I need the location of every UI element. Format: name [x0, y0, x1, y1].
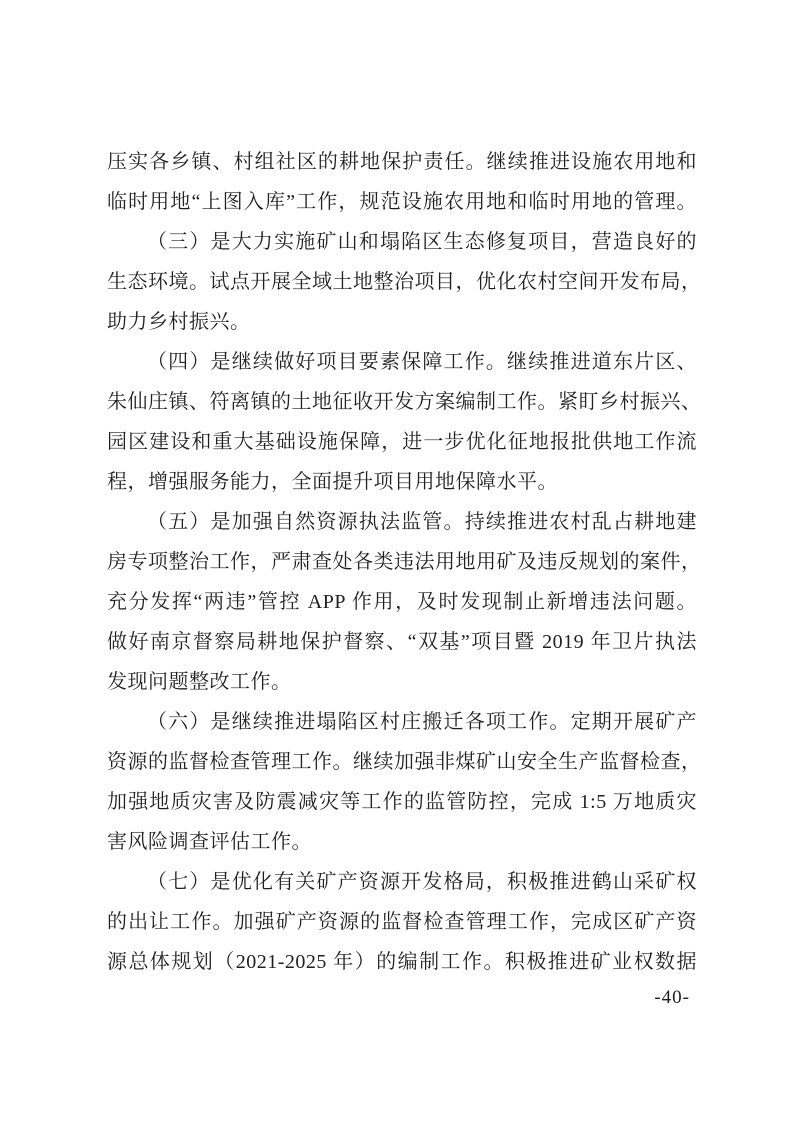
text-line: 做好南京督察局耕地保护督察、“双基”项目暨 2019 年卫片执法 — [107, 622, 697, 662]
text-line: 发现问题整改工作。 — [107, 662, 697, 702]
page-footer: -40- — [0, 986, 793, 1010]
paragraph-item-4: （四）是继续做好项目要素保障工作。继续推进道东片区、 朱仙庄镇、符离镇的土地征收… — [107, 342, 697, 502]
text-line: （四）是继续做好项目要素保障工作。继续推进道东片区、 — [107, 342, 697, 382]
text-line: 助力乡村振兴。 — [107, 302, 697, 342]
paragraph-item-7: （七）是优化有关矿产资源开发格局，积极推进鹤山采矿权 的出让工作。加强矿产资源的… — [107, 862, 697, 982]
text-line: 房专项整治工作，严肃查处各类违法用地用矿及违反规划的案件， — [107, 542, 697, 582]
document-page: 压实各乡镇、村组社区的耕地保护责任。继续推进设施农用地和 临时用地“上图入库”工… — [0, 0, 793, 1122]
text-line: （六）是继续推进塌陷区村庄搬迁各项工作。定期开展矿产 — [107, 702, 697, 742]
text-line: 害风险调查评估工作。 — [107, 822, 697, 862]
text-line: 充分发挥“两违”管控 APP 作用，及时发现制止新增违法问题。 — [107, 582, 697, 622]
text-line: 加强地质灾害及防震减灾等工作的监管防控，完成 1:5 万地质灾 — [107, 782, 697, 822]
text-line: 园区建设和重大基础设施保障，进一步优化征地报批供地工作流 — [107, 422, 697, 462]
page-number: -40- — [654, 987, 690, 1008]
text-line: 临时用地“上图入库”工作，规范设施农用地和临时用地的管理。 — [107, 182, 697, 222]
text-line: （五）是加强自然资源执法监管。持续推进农村乱占耕地建 — [107, 502, 697, 542]
paragraph-continuation: 压实各乡镇、村组社区的耕地保护责任。继续推进设施农用地和 临时用地“上图入库”工… — [107, 142, 697, 222]
text-line: 的出让工作。加强矿产资源的监督检查管理工作，完成区矿产资 — [107, 902, 697, 942]
text-line: 源总体规划（2021-2025 年）的编制工作。积极推进矿业权数据 — [107, 942, 697, 982]
text-line: 资源的监督检查管理工作。继续加强非煤矿山安全生产监督检查， — [107, 742, 697, 782]
paragraph-item-5: （五）是加强自然资源执法监管。持续推进农村乱占耕地建 房专项整治工作，严肃查处各… — [107, 502, 697, 702]
paragraph-item-6: （六）是继续推进塌陷区村庄搬迁各项工作。定期开展矿产 资源的监督检查管理工作。继… — [107, 702, 697, 862]
text-line: （三）是大力实施矿山和塌陷区生态修复项目，营造良好的 — [107, 222, 697, 262]
text-line: （七）是优化有关矿产资源开发格局，积极推进鹤山采矿权 — [107, 862, 697, 902]
document-body: 压实各乡镇、村组社区的耕地保护责任。继续推进设施农用地和 临时用地“上图入库”工… — [107, 142, 697, 982]
paragraph-item-3: （三）是大力实施矿山和塌陷区生态修复项目，营造良好的 生态环境。试点开展全域土地… — [107, 222, 697, 342]
text-line: 压实各乡镇、村组社区的耕地保护责任。继续推进设施农用地和 — [107, 142, 697, 182]
text-line: 程，增强服务能力，全面提升项目用地保障水平。 — [107, 462, 697, 502]
text-line: 生态环境。试点开展全域土地整治项目，优化农村空间开发布局， — [107, 262, 697, 302]
text-line: 朱仙庄镇、符离镇的土地征收开发方案编制工作。紧盯乡村振兴、 — [107, 382, 697, 422]
